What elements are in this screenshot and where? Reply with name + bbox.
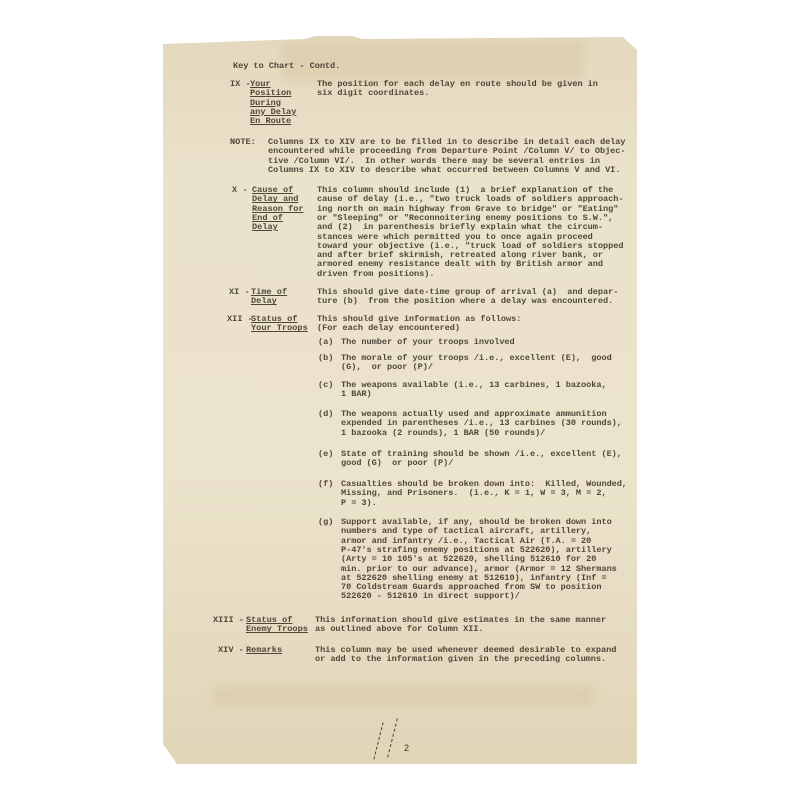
section-numeral: XIII - [213, 616, 244, 625]
section-heading: En Route [250, 117, 291, 126]
item-line: The weapons available (i.e., 13 carbines… [341, 381, 607, 390]
section-body-line: or add to the information given in the p… [315, 655, 606, 664]
item-label: (e) [318, 450, 333, 459]
paper-stain [213, 686, 593, 706]
item-label: (f) [318, 480, 333, 489]
item-label: (g) [318, 518, 333, 527]
item-line: 1 bazooka (2 rounds), 1 BAR (50 rounds)/ [341, 429, 545, 438]
item-line: 1 BAR) [341, 390, 372, 399]
item-line: (G), or poor (P)/ [341, 363, 433, 372]
section-numeral: XI - [229, 288, 250, 297]
section-heading: Remarks [246, 646, 282, 655]
item-line: The number of your troops involved [341, 338, 515, 347]
item-label: (a) [318, 338, 333, 347]
section-heading: Enemy Troops [246, 625, 308, 634]
section-heading: Delay [252, 223, 278, 232]
item-label: (d) [318, 410, 333, 419]
section-body-line: as outlined above for Column XII. [315, 625, 484, 634]
section-body-line: six digit coordinates. [317, 89, 429, 98]
section-numeral: XII - [227, 315, 253, 324]
item-line: good (G) or poor (P)/ [341, 459, 453, 468]
section-body-line: Columns IX to XIV to describe what occur… [268, 166, 620, 175]
page-number: 2 [404, 743, 409, 753]
item-label: (c) [318, 381, 333, 390]
item-line: Missing, and Prisoners. (i.e., K = 1, W … [341, 489, 607, 498]
item-line: 522620 - 512610 in direct support)/ [341, 592, 520, 601]
section-heading: Your Troops [251, 324, 308, 333]
section-body-line: ture (b) from the position where a delay… [317, 297, 613, 306]
item-label: (b) [318, 354, 333, 363]
section-numeral: IX - [230, 80, 251, 89]
section-body-line: driven from positions). [317, 270, 434, 279]
item-line: P = 3). [341, 499, 377, 508]
section-numeral: NOTE: [230, 138, 256, 147]
section-numeral: XIV - [218, 646, 244, 655]
document-title: Key to Chart - Contd. [233, 62, 340, 71]
section-body-line: (For each delay encountered) [317, 324, 460, 333]
section-numeral: X - [232, 186, 247, 195]
section-heading: Delay [251, 297, 277, 306]
